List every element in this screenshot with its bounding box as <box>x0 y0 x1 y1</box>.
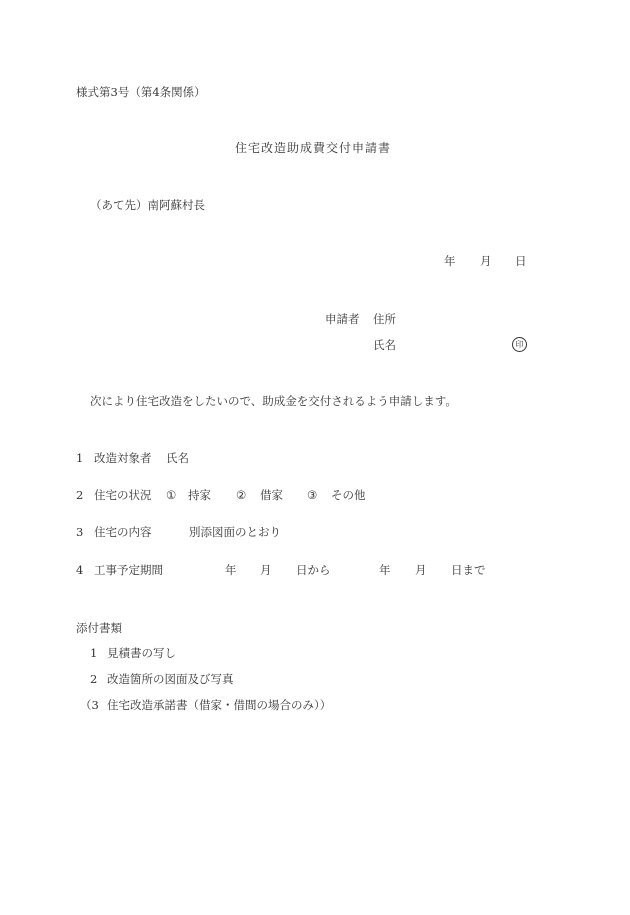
option-other: その他 <box>331 488 366 502</box>
name-label: 氏名 <box>373 338 396 352</box>
from-year: 年 <box>225 563 237 577</box>
addressee: （あて先）南阿蘇村長 <box>90 198 205 212</box>
to-year: 年 <box>379 563 391 577</box>
from-day: 日から <box>296 563 331 577</box>
item-value: 氏名 <box>166 451 189 465</box>
option-mark: ① <box>166 488 176 502</box>
attachment-number: （3 <box>80 698 99 712</box>
attachments-heading: 添付書類 <box>76 621 122 635</box>
attachment-item: 改造箇所の図面及び写真 <box>107 672 234 686</box>
option-mark: ③ <box>307 488 317 502</box>
document-title: 住宅改造助成費交付申請書 <box>235 141 391 155</box>
date-year: 年 <box>444 254 456 268</box>
seal-mark: 印 <box>512 337 527 352</box>
date-day: 日 <box>515 254 527 268</box>
intro-text: 次により住宅改造をしたいので、助成金を交付されるよう申請します。 <box>90 394 457 408</box>
to-day: 日まで <box>451 563 486 577</box>
item-value: 別添図面のとおり <box>189 525 281 539</box>
form-number: 様式第3号（第4条関係） <box>76 85 206 99</box>
item-label: 改造対象者 <box>94 451 152 465</box>
attachment-item: 見積書の写し <box>107 646 176 660</box>
item-label: 住宅の内容 <box>94 525 152 539</box>
item-number: 4 <box>76 563 83 577</box>
date-month: 月 <box>480 254 492 268</box>
attachment-number: 2 <box>90 672 97 686</box>
applicant-label: 申請者 <box>325 312 360 326</box>
option-rented-house: 借家 <box>260 488 283 502</box>
option-owned-house: 持家 <box>188 488 211 502</box>
option-mark: ② <box>236 488 246 502</box>
item-number: 2 <box>76 488 83 502</box>
item-number: 1 <box>76 451 83 465</box>
address-label: 住所 <box>373 312 396 326</box>
item-label: 住宅の状況 <box>94 488 152 502</box>
from-month: 月 <box>260 563 272 577</box>
item-label: 工事予定期間 <box>94 563 163 577</box>
to-month: 月 <box>415 563 427 577</box>
attachment-number: 1 <box>90 646 97 660</box>
attachment-item: 住宅改造承諾書（借家・借間の場合のみ）） <box>107 698 331 712</box>
item-number: 3 <box>76 525 83 539</box>
